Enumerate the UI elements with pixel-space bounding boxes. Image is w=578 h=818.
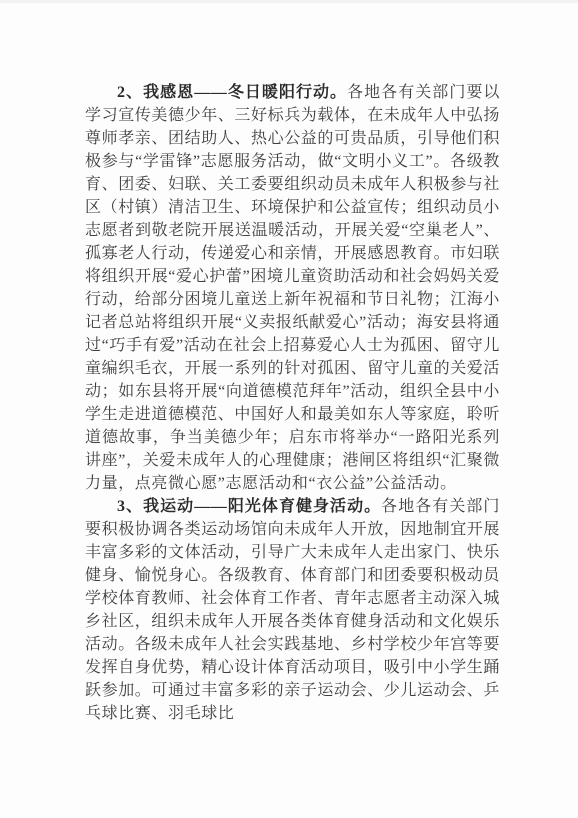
paragraph-we-thank: 2、我感恩——冬日暖阳行动。各地各有关部门要以学习宣传美德少年、三好标兵为载体，… [85,81,500,495]
document-text-block: 2、我感恩——冬日暖阳行动。各地各有关部门要以学习宣传美德少年、三好标兵为载体，… [85,81,500,725]
paragraph-we-exercise-heading: 3、我运动——阳光体育健身活动。 [117,498,381,515]
paragraph-we-thank-heading: 2、我感恩——冬日暖阳行动。 [117,84,347,101]
page-top-edge [0,0,578,3]
paragraph-we-thank-body: 各地各有关部门要以学习宣传美德少年、三好标兵为载体，在未成年人中弘扬尊师孝亲、团… [85,84,500,492]
paragraph-we-exercise: 3、我运动——阳光体育健身活动。各地各有关部门要积极协调各类运动场馆向未成年人开… [85,495,500,725]
document-page: 2、我感恩——冬日暖阳行动。各地各有关部门要以学习宣传美德少年、三好标兵为载体，… [0,0,578,818]
paragraph-we-exercise-body: 各地各有关部门要积极协调各类运动场馆向未成年人开放，因地制宜开展丰富多彩的文体活… [85,498,500,722]
